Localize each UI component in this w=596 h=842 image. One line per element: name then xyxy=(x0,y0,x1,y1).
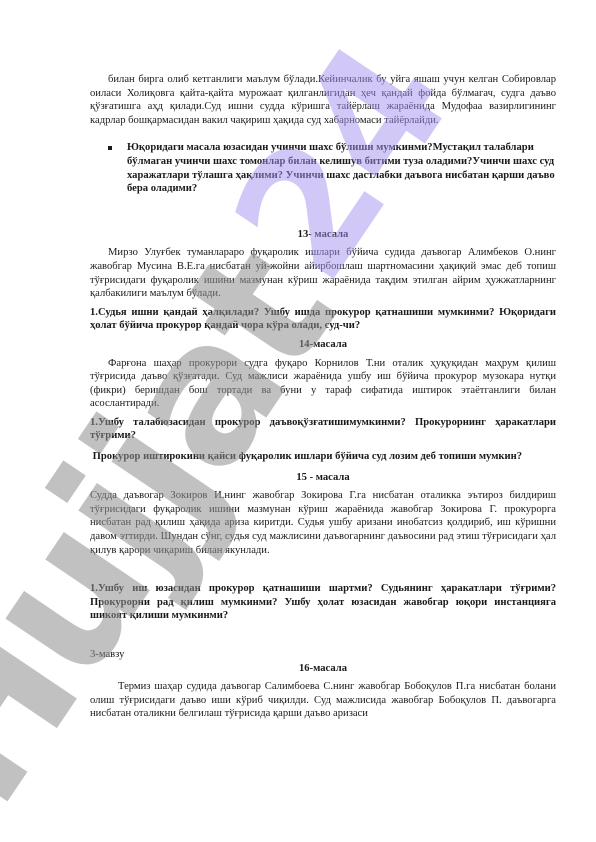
case-15-question: 1.Ушбу иш юзасидан прокурор қатнашиши ша… xyxy=(90,582,556,623)
case-16-body: Термиз шаҳар судида даъвогар Салимбоева … xyxy=(90,680,556,721)
case-15-body: Судда даъвогар Зокиров И.нинг жавобгар З… xyxy=(90,489,556,557)
document-page: билан бирга олиб кетганлиги маълум бўлад… xyxy=(0,0,596,842)
page-content: билан бирга олиб кетганлиги маълум бўлад… xyxy=(90,73,556,721)
bullet-icon xyxy=(108,146,112,150)
case-13-body: Мирзо Улуғбек туманлараро фуқаролик ишла… xyxy=(90,246,556,300)
case-13-title: 13- масала xyxy=(90,228,556,242)
intro-paragraph: билан бирга олиб кетганлиги маълум бўлад… xyxy=(90,73,556,127)
topic-label: 3-мавзу xyxy=(90,648,556,662)
case-14-title: 14-масала xyxy=(90,338,556,352)
case-16-title: 16-масала xyxy=(90,662,556,676)
case-15-title: 15 - масала xyxy=(90,471,556,485)
question-bullet-list: Юқоридаги масала юзасидан учинчи шахс бў… xyxy=(90,141,556,195)
case-14-question-2: Прокурор иштирокини қайси фуқаролик ишла… xyxy=(90,450,556,464)
bullet-question: Юқоридаги масала юзасидан учинчи шахс бў… xyxy=(127,141,556,195)
case-13-question: 1.Судья ишни қандай ҳалқилади? Ушбу ишда… xyxy=(90,306,556,333)
case-14-body: Фарғона шаҳар прокурори судга фуқаро Кор… xyxy=(90,357,556,411)
case-14-question-1: 1.Ушбу талабюзасидан прокурор даъвоқўзға… xyxy=(90,416,556,443)
